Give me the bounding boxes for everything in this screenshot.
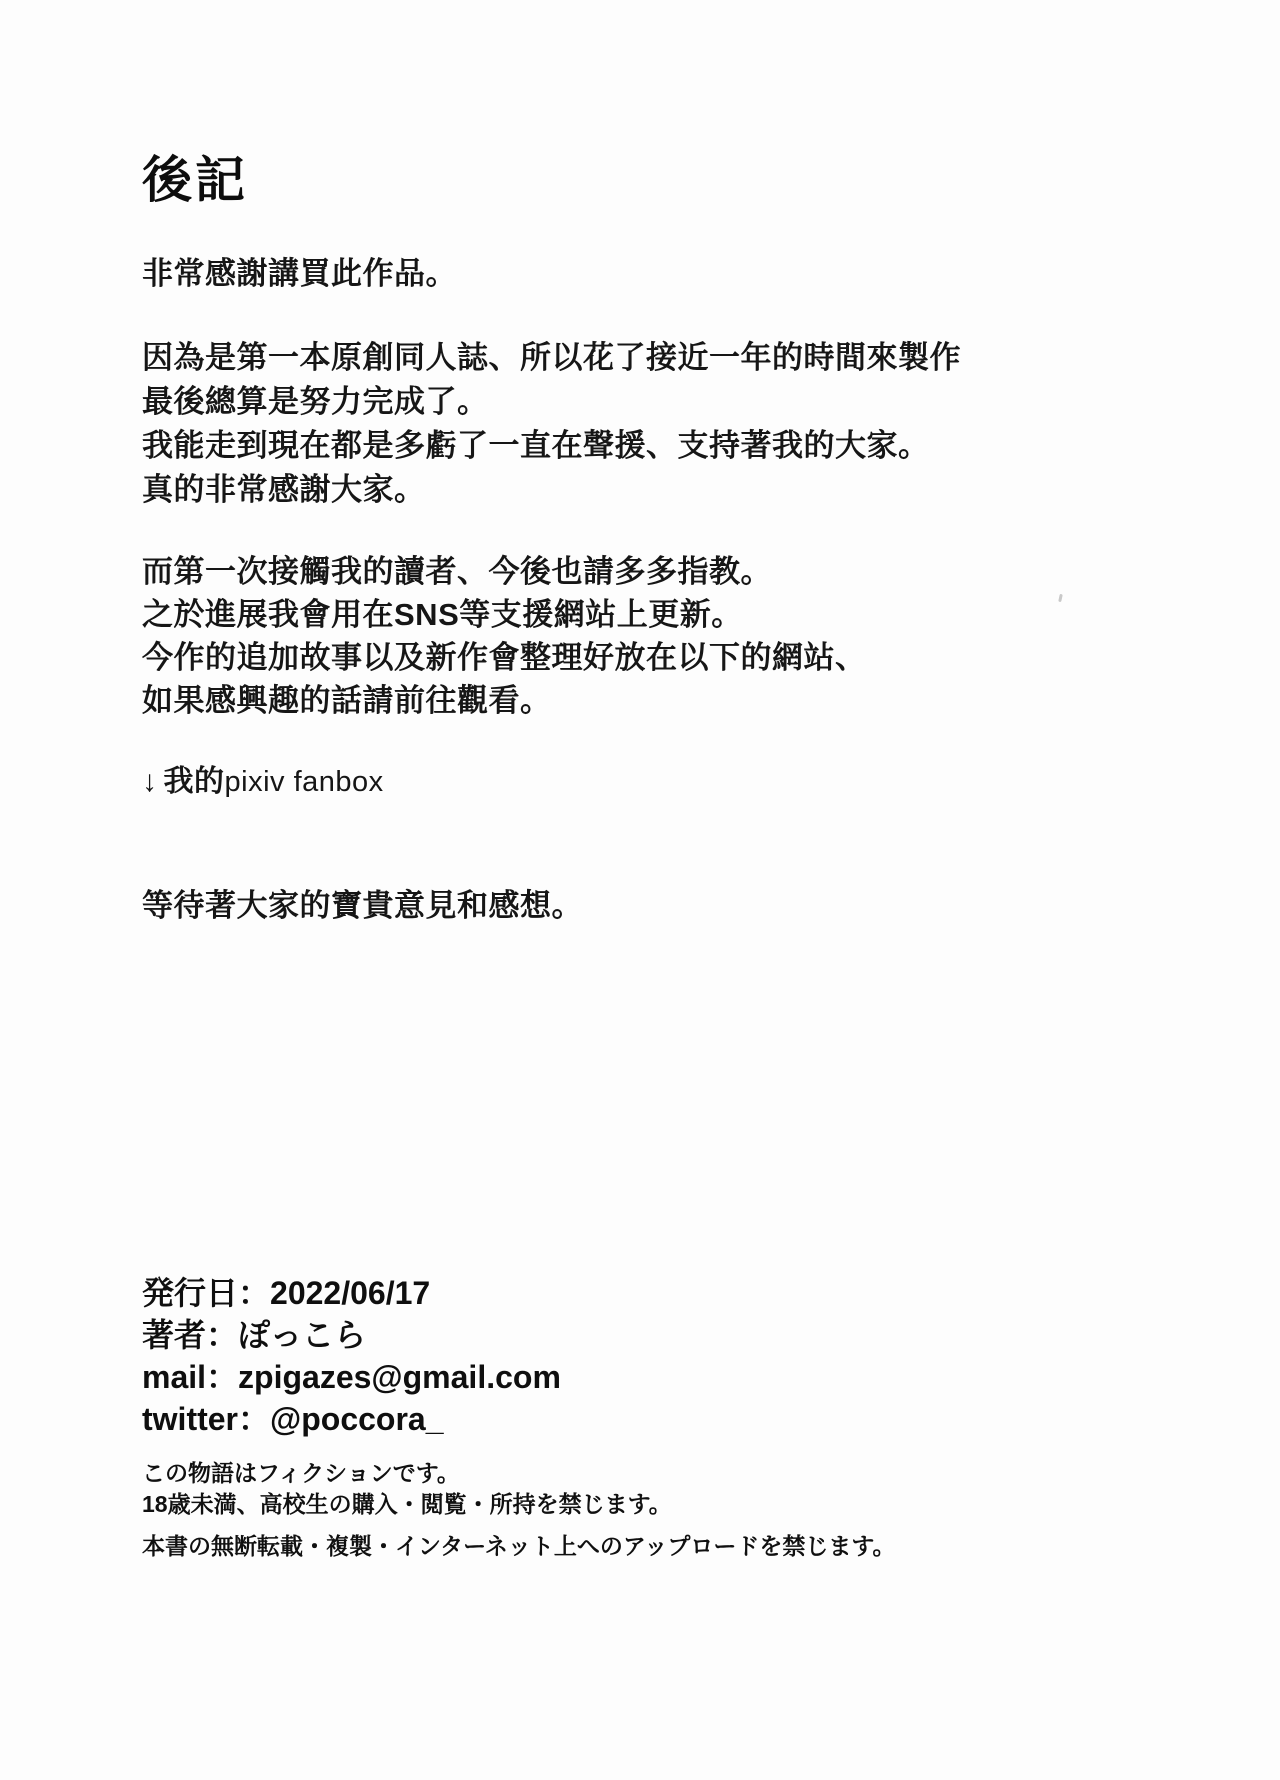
feedback-paragraph: 等待著大家的寶貴意見和感想。	[142, 884, 583, 928]
row-label: twitter	[142, 1401, 238, 1437]
fanbox-label-latin: pixiv fanbox	[225, 766, 384, 798]
text-line: 等待著大家的寶貴意見和感想。	[142, 884, 583, 928]
disclaimer-line-reproduction: 本書の無断転載・複製・インターネット上へのアップロードを禁じます。	[142, 1528, 895, 1561]
row-label: 著者	[142, 1317, 206, 1353]
release-date-value: 2022/06/17	[270, 1275, 430, 1311]
paragraph-readers: 而第一次接觸我的讀者、今後也請多多指教。 之於進展我會用在SNS等支援網站上更新…	[142, 550, 867, 722]
text-line: 非常感謝講買此作品。	[142, 252, 457, 296]
text-line: 最後總算是努力完成了。	[142, 380, 961, 424]
scan-artifact-mark	[1058, 594, 1063, 602]
row-label: 発行日	[142, 1275, 238, 1311]
disclaimer-line-age: 18歳未満、高校生の購入・閲覧・所持を禁じます。	[142, 1489, 672, 1520]
row-separator: ：	[206, 1359, 238, 1395]
text-line: 今作的追加故事以及新作會整理好放在以下的網站、	[142, 636, 867, 679]
fanbox-pointer-line: ↓我的pixiv fanbox	[142, 760, 384, 804]
publication-row-date: 発行日：2022/06/17	[142, 1272, 561, 1314]
text-line: 真的非常感謝大家。	[142, 468, 961, 512]
down-arrow-icon: ↓	[142, 765, 158, 798]
disclaimer-line-fiction: この物語はフィクションです。	[142, 1458, 672, 1489]
text-line: 因為是第一本原創同人誌、所以花了接近一年的時間來製作	[142, 336, 961, 380]
page-title: 後記	[142, 140, 248, 212]
afterword-page: 後記 非常感謝講買此作品。 因為是第一本原創同人誌、所以花了接近一年的時間來製作…	[0, 0, 1280, 1780]
publication-row-twitter: twitter：@poccora_	[142, 1398, 561, 1440]
text-line: 之於進展我會用在SNS等支援網站上更新。	[142, 593, 867, 636]
publication-row-author: 著者：ぽっこら	[142, 1314, 561, 1356]
author-value: ぽっこら	[238, 1317, 366, 1353]
paragraph-production: 因為是第一本原創同人誌、所以花了接近一年的時間來製作 最後總算是努力完成了。 我…	[142, 336, 961, 512]
row-label: mail	[142, 1359, 206, 1395]
row-separator: ：	[238, 1275, 270, 1311]
disclaimer-block: この物語はフィクションです。 18歳未満、高校生の購入・閲覧・所持を禁じます。	[142, 1458, 672, 1520]
publication-row-mail: mail：zpigazes@gmail.com	[142, 1356, 561, 1398]
mail-value: zpigazes@gmail.com	[238, 1359, 561, 1395]
row-separator: ：	[206, 1317, 238, 1353]
text-line: 而第一次接觸我的讀者、今後也請多多指教。	[142, 550, 867, 593]
twitter-handle-value: @poccora_	[270, 1401, 443, 1437]
intro-paragraph: 非常感謝講買此作品。	[142, 252, 457, 296]
row-separator: ：	[238, 1401, 270, 1437]
text-line: 如果感興趣的話請前往觀看。	[142, 679, 867, 722]
text-line: 我能走到現在都是多虧了一直在聲援、支持著我的大家。	[142, 424, 961, 468]
publication-info: 発行日：2022/06/17 著者：ぽっこら mail：zpigazes@gma…	[142, 1272, 561, 1440]
fanbox-label-cjk: 我的	[164, 765, 225, 798]
